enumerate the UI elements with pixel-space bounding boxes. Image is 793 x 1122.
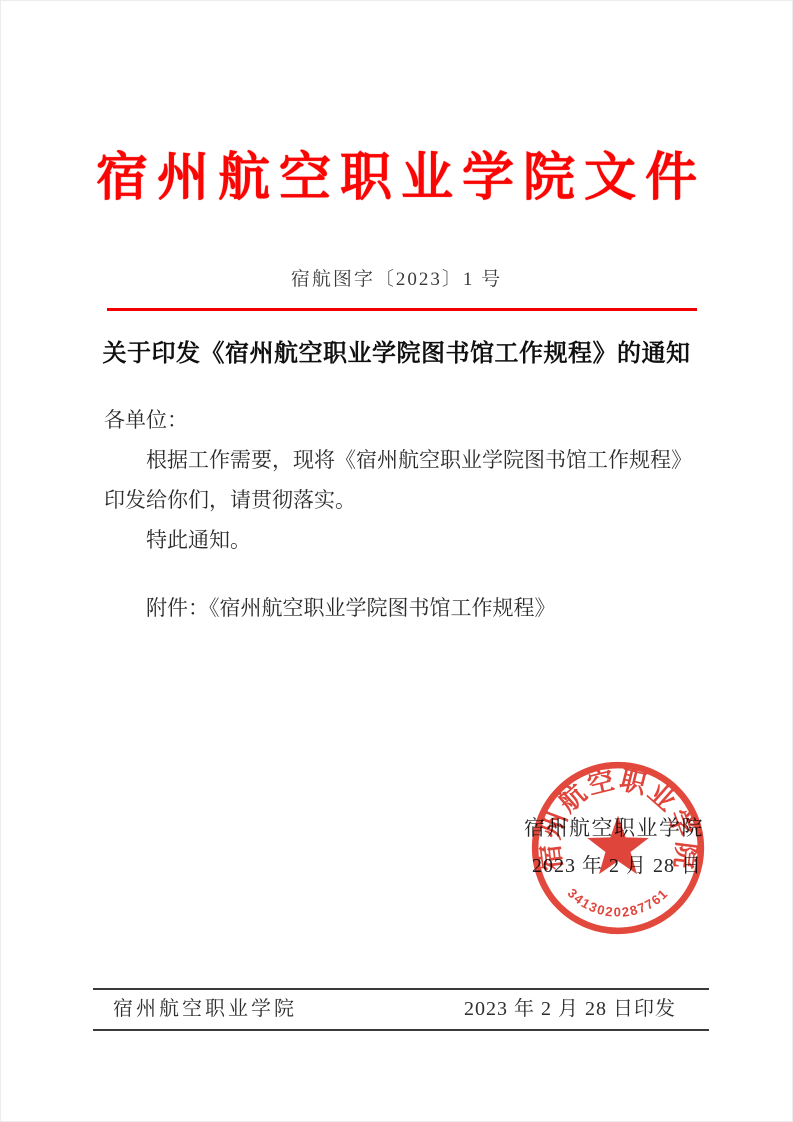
- red-letterhead-title: 宿州航空职业学院文件: [1, 144, 792, 214]
- footer-bottom-rule: [93, 1029, 709, 1031]
- official-red-seal: 宿州航空职业学院 3413020287761: [524, 754, 712, 942]
- closing-line: 特此通知。: [104, 520, 686, 560]
- footer-top-rule: [93, 988, 709, 990]
- seal-serial-number: 3413020287761: [565, 885, 672, 919]
- document-reference-number: 宿航图字〔2023〕1 号: [1, 267, 792, 293]
- official-document-page: 宿州航空职业学院文件 宿航图字〔2023〕1 号 关于印发《宿州航空职业学院图书…: [0, 0, 793, 1122]
- attachment-line: 附件：《宿州航空职业学院图书馆工作规程》: [104, 588, 686, 628]
- star-icon: [587, 816, 648, 875]
- red-divider-line: [107, 308, 697, 311]
- salutation-line: 各单位：: [104, 400, 686, 440]
- document-body: 各单位： 根据工作需要，现将《宿州航空职业学院图书馆工作规程》印发给你们，请贯彻…: [104, 400, 686, 628]
- body-paragraph: 根据工作需要，现将《宿州航空职业学院图书馆工作规程》印发给你们，请贯彻落实。: [104, 440, 686, 520]
- document-subject-title: 关于印发《宿州航空职业学院图书馆工作规程》的通知: [1, 337, 792, 371]
- footer-issuer-name: 宿州航空职业学院: [113, 996, 297, 1022]
- footer-print-date: 2023 年 2 月 28 日印发: [464, 996, 676, 1022]
